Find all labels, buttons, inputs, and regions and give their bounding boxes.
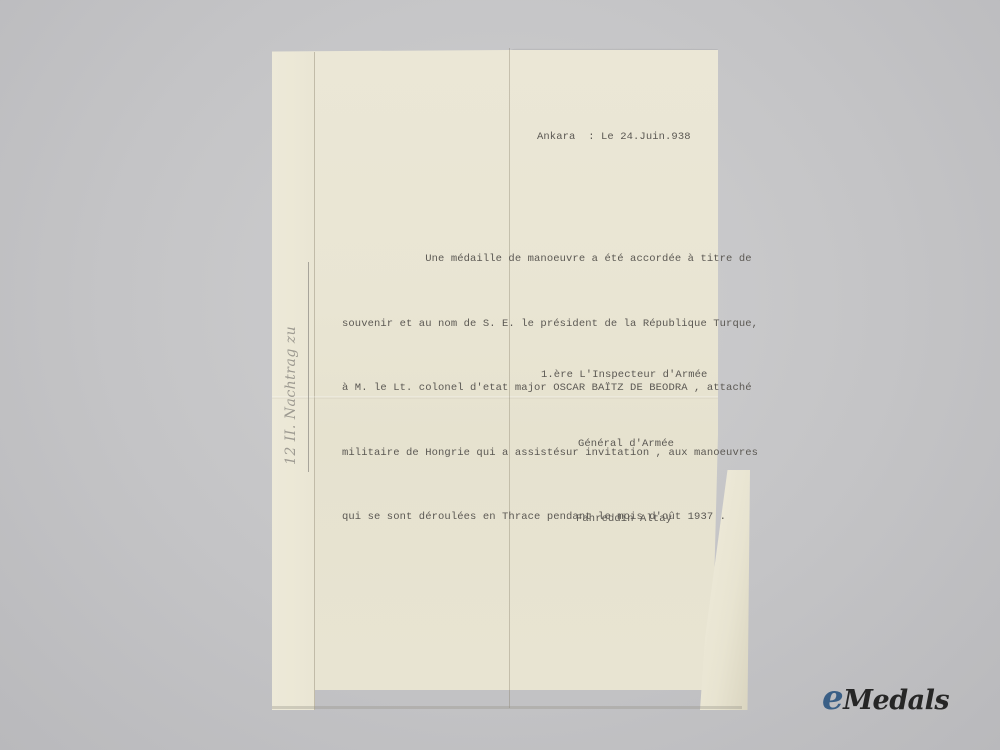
watermark-brand: Medals	[843, 685, 949, 716]
paper-bottom-edge	[272, 706, 742, 709]
handwritten-underline	[308, 262, 309, 472]
signature-name: Fahreddin Altay	[541, 508, 707, 531]
dateline: Ankara : Le 24.Juin.938	[537, 127, 691, 149]
signature-title: 1.ère L'Inspecteur d'Armée	[541, 364, 707, 387]
emedals-watermark-logo: eMedals	[822, 678, 949, 718]
watermark-prefix: e	[822, 678, 843, 718]
body-line: Une médaille de manoeuvre a été accordée…	[342, 249, 758, 271]
handwritten-margin-note: 12 II. Nachtrag zu	[283, 265, 303, 465]
signature-rank: Général d'Armée	[541, 433, 707, 456]
signature-block: 1.ère L'Inspecteur d'Armée Général d'Arm…	[541, 318, 707, 554]
